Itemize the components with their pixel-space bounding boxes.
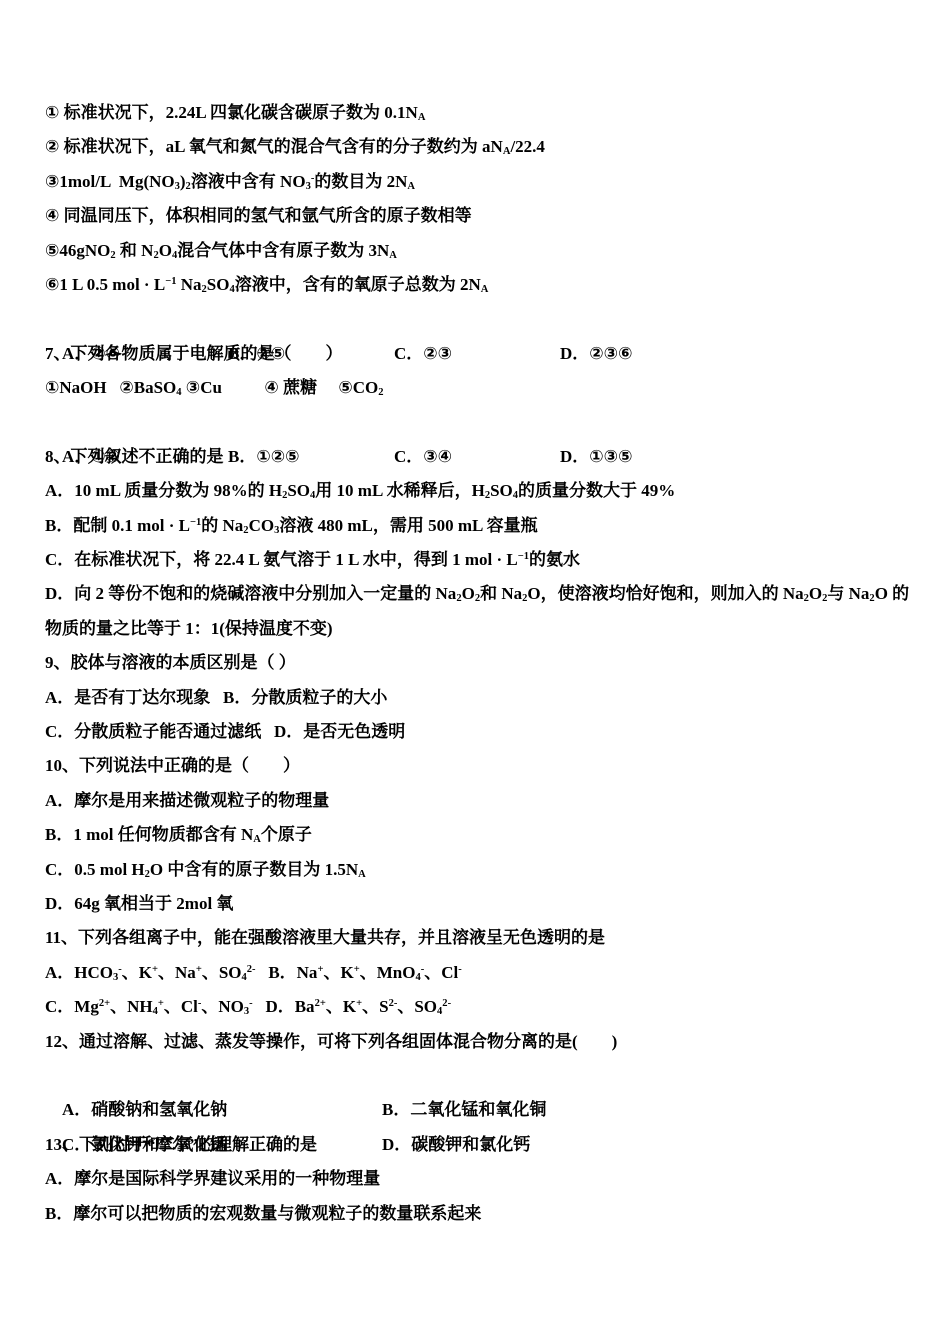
q12-option-a: A．硝酸钠和氢氧化钠	[62, 1093, 382, 1127]
q7-substance-list: ①NaOH ②BaSO4 ③Cu ④ 蔗糖 ⑤CO2	[45, 371, 910, 405]
q9-options-cd: C．分散质粒子能否通过滤纸 D．是否无色透明	[45, 715, 910, 749]
q7-option-d: D．①③⑤	[560, 440, 632, 474]
q12-option-b: B．二氧化锰和氧化铜	[382, 1093, 546, 1127]
na-statement-5: ⑤46gNO2 和 N2O4混合气体中含有原子数为 3NA	[45, 234, 910, 268]
na-statement-6: ⑥1 L 0.5 mol · L−1 Na2SO4溶液中，含有的氧原子总数为 2…	[45, 268, 910, 302]
q8-option-c: C．在标准状况下，将 22.4 L 氨气溶于 1 L 水中，得到 1 mol ·…	[45, 543, 910, 577]
na-statement-3: ③1mol/L Mg(NO3)2溶液中含有 NO3-的数目为 2NA	[45, 165, 910, 199]
q11-options-cd: C．Mg2+、NH4+、Cl-、NO3- D．Ba2+、K+、S2-、SO42-	[45, 990, 910, 1024]
q7-option-b: B．①②⑤	[228, 440, 394, 474]
q12-option-d: D．碳酸钾和氯化钙	[382, 1128, 530, 1162]
q12-options-ab: A．硝酸钠和氢氧化钠B．二氧化锰和氧化铜	[45, 1059, 910, 1093]
q8-option-d: D．向 2 等份不饱和的烧碱溶液中分别加入一定量的 Na2O2和 Na2O，使溶…	[45, 577, 910, 611]
q12-title: 12、通过溶解、过滤、蒸发等操作，可将下列各组固体混合物分离的是( )	[45, 1025, 910, 1059]
q10-option-a: A．摩尔是用来描述微观粒子的物理量	[45, 784, 910, 818]
q11-options-ab: A．HCO3-、K+、Na+、SO42- B．Na+、K+、MnO4-、Cl-	[45, 956, 910, 990]
q10-option-c: C．0.5 mol H2O 中含有的原子数目为 1.5NA	[45, 853, 910, 887]
q7-option-c: C．③④	[394, 440, 560, 474]
exam-document-page: ① 标准状况下，2.24L 四氯化碳含碳原子数为 0.1NA ② 标准状况下，a…	[0, 0, 950, 1344]
q13-option-b: B．摩尔可以把物质的宏观数量与微观粒子的数量联系起来	[45, 1197, 910, 1231]
q11-title: 11、下列各组离子中，能在强酸溶液里大量共存，并且溶液呈无色透明的是	[45, 921, 910, 955]
q8-option-a: A．10 mL 质量分数为 98%的 H2SO4用 10 mL 水稀释后，H2S…	[45, 474, 910, 508]
q8-option-b: B．配制 0.1 mol · L−1的 Na2CO3溶液 480 mL，需用 5…	[45, 509, 910, 543]
q6-option-c: C．②③	[394, 337, 560, 371]
na-statement-1: ① 标准状况下，2.24L 四氯化碳含碳原子数为 0.1NA	[45, 96, 910, 130]
q6-option-d: D．②③⑥	[560, 337, 632, 371]
q6-option-row: A．②⑥B．②⑤C．②③D．②③⑥	[45, 302, 910, 336]
q9-options-ab: A．是否有丁达尔现象 B．分散质粒子的大小	[45, 681, 910, 715]
q10-option-d: D．64g 氧相当于 2mol 氧	[45, 887, 910, 921]
q13-option-a: A．摩尔是国际科学界建议采用的一种物理量	[45, 1162, 910, 1196]
na-statement-4: ④ 同温同压下，体积相同的氢气和氩气所含的原子数相等	[45, 199, 910, 233]
q10-option-b: B．1 mol 任何物质都含有 NA个原子	[45, 818, 910, 852]
q8-option-d-continued: 物质的量之比等于 1：1(保持温度不变)	[45, 612, 910, 646]
q10-title: 10、下列说法中正确的是（ ）	[45, 749, 910, 783]
na-statement-2: ② 标准状况下，aL 氧气和氮气的混合气含有的分子数约为 aNA/22.4	[45, 130, 910, 164]
q7-option-row: A．①②B．①②⑤C．③④D．①③⑤	[45, 406, 910, 440]
q9-title: 9、胶体与溶液的本质区别是（ ）	[45, 646, 910, 680]
